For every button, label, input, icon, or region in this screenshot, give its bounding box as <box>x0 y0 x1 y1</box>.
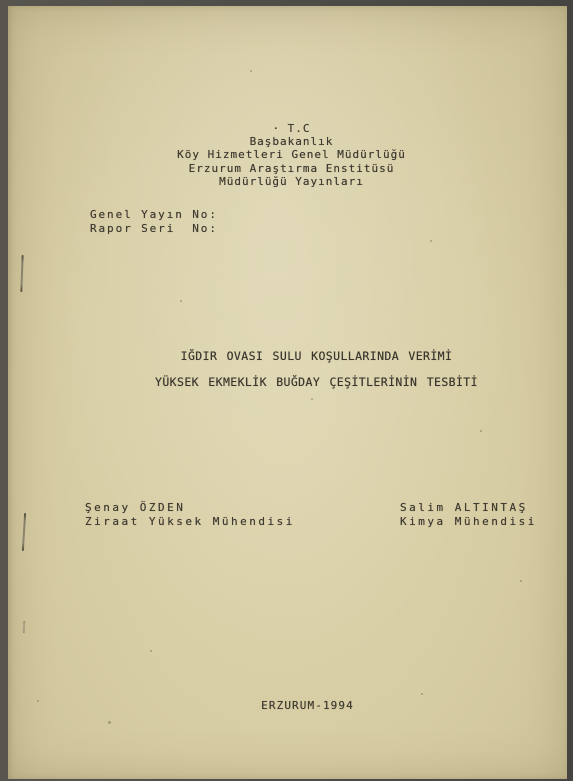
paper-speck <box>311 398 313 400</box>
paper-speck <box>520 580 522 582</box>
header-line-tc: · T.C <box>177 122 406 135</box>
paper-speck <box>180 300 182 302</box>
author-left: Şenay ÖZDEN Ziraat Yüksek Mühendisi <box>85 501 295 529</box>
paper-speck <box>108 721 111 724</box>
author-left-role: Ziraat Yüksek Mühendisi <box>85 515 295 529</box>
institution-header: · T.C Başbakanlık Köy Hizmetleri Genel M… <box>177 122 406 188</box>
rapor-seri-no-label: Rapor Seri No: <box>90 222 218 236</box>
scanned-report-cover: · T.C Başbakanlık Köy Hizmetleri Genel M… <box>0 0 573 781</box>
author-right-name: Salim ALTINTAŞ <box>400 501 537 515</box>
paper-speck <box>430 240 432 242</box>
imprint: ERZURUM-1994 <box>261 699 354 712</box>
author-right-role: Kimya Mühendisi <box>400 515 537 529</box>
author-left-name: Şenay ÖZDEN <box>85 501 295 515</box>
paper-speck <box>421 693 423 695</box>
header-line-basbakanlik: Başbakanlık <box>177 135 406 148</box>
paper-speck <box>480 430 482 432</box>
publication-numbers: Genel Yayın No: Rapor Seri No: <box>90 208 218 236</box>
report-title: IĞDIR OVASI SULU KOŞULLARINDA VERİMİ YÜK… <box>155 344 478 395</box>
author-right: Salim ALTINTAŞ Kimya Mühendisi <box>400 501 537 529</box>
header-line-erzurum-enstitusu: Erzurum Araştırma Enstitüsü <box>177 162 406 175</box>
genel-yayin-no-label: Genel Yayın No: <box>90 208 218 222</box>
paper-speck <box>150 650 152 652</box>
paper-speck <box>250 70 252 72</box>
header-line-koy-hizmetleri: Köy Hizmetleri Genel Müdürlüğü <box>177 148 406 161</box>
imprint-text: ERZURUM-1994 <box>261 699 354 712</box>
paper-speck <box>37 700 39 702</box>
title-line-2: YÜKSEK EKMEKLİK BUĞDAY ÇEŞİTLERİNİN TESB… <box>155 370 478 396</box>
title-line-1: IĞDIR OVASI SULU KOŞULLARINDA VERİMİ <box>155 344 478 370</box>
header-line-mudurlugu-yayinlari: Müdürlüğü Yayınları <box>177 175 406 188</box>
staple-mark-lower <box>23 621 25 633</box>
